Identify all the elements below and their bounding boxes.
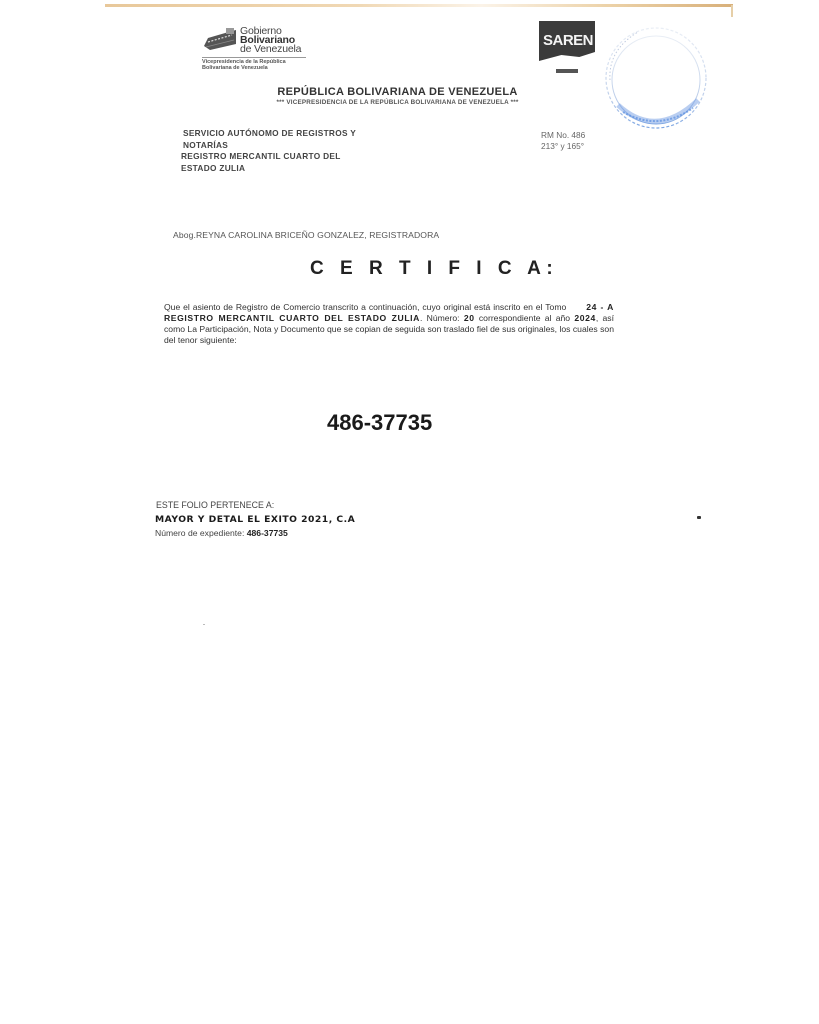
scan-speck (203, 624, 205, 625)
body-part3: correspondiente al año (479, 313, 570, 323)
expediente-value: 486-37735 (247, 528, 288, 538)
gov-logo-line3: de Venezuela (240, 45, 301, 54)
registrar-name: Abog.REYNA CAROLINA BRICEÑO GONZALEZ, RE… (173, 230, 439, 240)
office-line1: SERVICIO AUTÓNOMO DE REGISTROS Y (183, 128, 356, 140)
body-part2: . Número: (420, 313, 460, 323)
expediente-line: Número de expediente: 486-37735 (155, 528, 288, 538)
gobierno-text: Gobierno Bolivariano de Venezuela (240, 27, 301, 54)
paper-edge (105, 4, 733, 7)
office-line2: NOTARÍAS (183, 140, 356, 152)
body-part1: Que el asiento de Registro de Comercio t… (164, 302, 566, 312)
official-stamp-icon (598, 20, 708, 135)
anio-value: 2024 (574, 313, 596, 323)
office-block: SERVICIO AUTÓNOMO DE REGISTROS Y NOTARÍA… (183, 128, 356, 174)
gov-logo-subtitle: Vicepresidencia de la República Bolivari… (202, 59, 286, 71)
company-name: MAYOR Y DETAL EL EXITO 2021, C.A (155, 514, 355, 525)
saren-logo: SAREN (543, 32, 593, 49)
reference-block: RM No. 486 213° y 165° (541, 130, 585, 152)
republic-title: REPÚBLICA BOLIVARIANA DE VENEZUELA (0, 86, 819, 98)
expediente-label: Número de expediente: (155, 528, 244, 538)
numero-value: 20 (464, 313, 475, 323)
vicepresidency-subtitle: *** VICEPRESIDENCIA DE LA REPÚBLICA BOLI… (0, 99, 819, 106)
vicepresidency-subtitle-text: *** VICEPRESIDENCIA DE LA REPÚBLICA BOLI… (276, 99, 518, 106)
office-line3: REGISTRO MERCANTIL CUARTO DEL (181, 151, 354, 163)
republic-title-text: REPÚBLICA BOLIVARIANA DE VENEZUELA (277, 86, 517, 98)
expediente-number-large: 486-37735 (327, 410, 432, 436)
saren-logo-tag (556, 69, 578, 73)
scan-speck (697, 516, 701, 519)
paper-edge-corner (731, 5, 733, 17)
rm-number: RM No. 486 (541, 130, 585, 141)
gov-logo-sub2: Bolivariana de Venezuela (202, 65, 286, 71)
divider (202, 57, 306, 58)
years-reference: 213° y 165° (541, 141, 585, 152)
certifica-heading: C E R T I F I C A: (310, 258, 558, 280)
certification-paragraph: Que el asiento de Registro de Comercio t… (164, 302, 614, 346)
government-emblem-icon (202, 28, 238, 52)
folio-label: ESTE FOLIO PERTENECE A: (156, 500, 274, 510)
office-line4: ESTADO ZULIA (181, 163, 354, 175)
document-page: Gobierno Bolivariano de Venezuela Vicepr… (0, 0, 819, 1024)
gobierno-bolivariano-logo: Gobierno Bolivariano de Venezuela Vicepr… (202, 24, 312, 76)
